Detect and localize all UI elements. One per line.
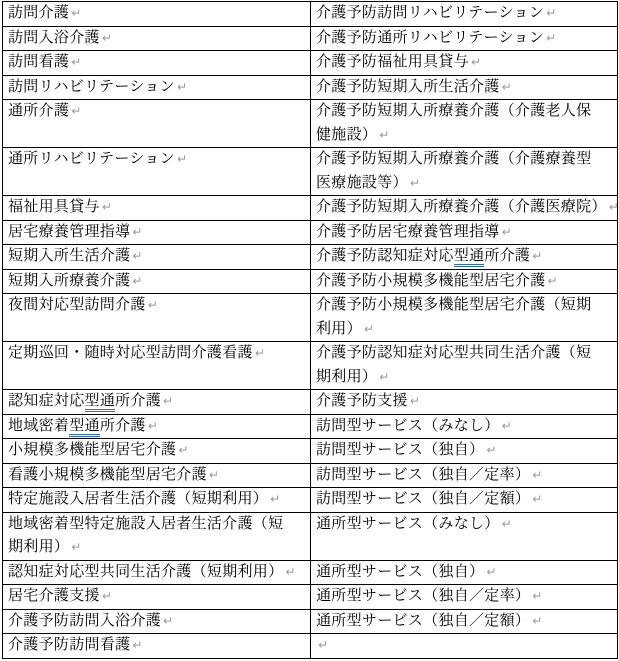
table-cell-right[interactable]: 訪問型サービス（独自）↵	[311, 439, 618, 464]
paragraph-mark-icon: ↵	[253, 342, 255, 366]
table-cell-right[interactable]: 介護予防短期入所療養介護（介護老人保 健施設）↵	[311, 100, 618, 148]
grammar-check-underline: 型通	[454, 248, 485, 267]
paragraph-mark-icon: ↵	[130, 245, 132, 269]
table-cell-left[interactable]: 福祉用具貸与↵	[3, 196, 311, 221]
table-cell-left[interactable]: 認知症対応型共同生活介護（短期利用）↵	[3, 560, 311, 585]
table-cell-left[interactable]: 看護小規模多機能型居宅介護↵	[3, 463, 311, 488]
grammar-check-underline: 型通	[85, 393, 116, 412]
table-row: 短期入所生活介護↵介護予防認知症対応型通所介護↵	[3, 245, 618, 270]
paragraph-mark-icon: ↵	[146, 294, 148, 318]
table-cell-right[interactable]: ↵	[311, 634, 618, 659]
table-cell-left[interactable]: 訪問リハビリテーション↵	[3, 75, 311, 100]
table-cell-left[interactable]: 通所リハビリテーション↵	[3, 148, 311, 196]
table-row: 定期巡回・随時対応型訪問介護看護↵介護予防認知症対応型共同生活介護（短 期利用）…	[3, 342, 618, 390]
paragraph-mark-icon: ↵	[377, 124, 379, 148]
paragraph-mark-icon: ↵	[530, 464, 532, 488]
paragraph-mark-icon: ↵	[161, 390, 163, 414]
paragraph-mark-icon: ↵	[316, 634, 318, 658]
paragraph-mark-icon: ↵	[408, 172, 410, 196]
table-cell-left[interactable]: 地域密着型通所介護↵	[3, 414, 311, 439]
table-cell-right[interactable]: 訪問型サービス（独自／定率）↵	[311, 463, 618, 488]
table-cell-right[interactable]: 通所型サービス（独自）↵	[311, 560, 618, 585]
table-cell-right[interactable]: 介護予防福祉用具貸与↵	[311, 51, 618, 76]
table-row: 介護予防訪問入浴介護↵通所型サービス（独自／定額）↵	[3, 609, 618, 634]
paragraph-mark-icon: ↵	[546, 270, 548, 294]
table-row: 訪問看護↵介護予防福祉用具貸与↵	[3, 51, 618, 76]
table-cell-right[interactable]: 介護予防短期入所療養介護（介護療養型 医療施設等）↵	[311, 148, 618, 196]
table-cell-right[interactable]: 介護予防小規模多機能型居宅介護（短期 利用）↵	[311, 294, 618, 342]
table-row: 訪問介護↵介護予防訪問リハビリテーション↵	[3, 2, 618, 27]
table-row: 地域密着型特定施設入居者生活介護（短 期利用）↵通所型サービス（みなし）↵	[3, 512, 618, 560]
paragraph-mark-icon: ↵	[500, 513, 502, 537]
paragraph-mark-icon: ↵	[100, 585, 102, 609]
paragraph-mark-icon: ↵	[607, 196, 609, 220]
table-cell-right[interactable]: 介護予防居宅療養管理指導↵	[311, 220, 618, 245]
table-row: 通所介護↵介護予防短期入所療養介護（介護老人保 健施設）↵	[3, 100, 618, 148]
table-row: 地域密着型通所介護↵訪問型サービス（みなし）↵	[3, 414, 618, 439]
table-row: 特定施設入居者生活介護（短期利用）↵訪問型サービス（独自／定額）↵	[3, 488, 618, 513]
table-cell-right[interactable]: 訪問型サービス（独自／定額）↵	[311, 488, 618, 513]
table-row: 短期入所療養介護↵介護予防小規模多機能型居宅介護↵	[3, 269, 618, 294]
table-cell-right[interactable]: 介護予防支援↵	[311, 390, 618, 415]
table-row: 小規模多機能型居宅介護↵訪問型サービス（独自）↵	[3, 439, 618, 464]
paragraph-mark-icon: ↵	[484, 561, 486, 585]
paragraph-mark-icon: ↵	[408, 390, 410, 414]
paragraph-mark-icon: ↵	[176, 439, 178, 463]
paragraph-mark-icon: ↵	[161, 610, 163, 634]
paragraph-mark-icon: ↵	[100, 27, 102, 51]
paragraph-mark-icon: ↵	[130, 270, 132, 294]
table-cell-left[interactable]: 居宅介護支援↵	[3, 585, 311, 610]
table-cell-right[interactable]: 通所型サービス（みなし）↵	[311, 512, 618, 560]
table-cell-right[interactable]: 通所型サービス（独自／定率）↵	[311, 585, 618, 610]
paragraph-mark-icon: ↵	[130, 221, 132, 245]
table-row: 夜間対応型訪問介護↵介護予防小規模多機能型居宅介護（短期 利用）↵	[3, 294, 618, 342]
document-page: 訪問介護↵介護予防訪問リハビリテーション↵訪問入浴介護↵介護予防通所リハビリテー…	[0, 0, 619, 661]
table-cell-left[interactable]: 認知症対応型通所介護↵	[3, 390, 311, 415]
table-cell-left[interactable]: 介護予防訪問看護↵	[3, 634, 311, 659]
table-cell-right[interactable]: 介護予防訪問リハビリテーション↵	[311, 2, 618, 27]
table-row: 通所リハビリテーション↵介護予防短期入所療養介護（介護療養型 医療施設等）↵	[3, 148, 618, 196]
paragraph-mark-icon: ↵	[175, 148, 177, 172]
table-cell-right[interactable]: 介護予防通所リハビリテーション↵	[311, 26, 618, 51]
paragraph-mark-icon: ↵	[283, 561, 285, 585]
table-cell-right[interactable]: 介護予防短期入所生活介護↵	[311, 75, 618, 100]
paragraph-mark-icon: ↵	[362, 318, 364, 342]
table-row: 介護予防訪問看護↵↵	[3, 634, 618, 659]
table-cell-left[interactable]: 定期巡回・随時対応型訪問介護看護↵	[3, 342, 311, 390]
paragraph-mark-icon: ↵	[69, 51, 71, 75]
paragraph-mark-icon: ↵	[500, 221, 502, 245]
table-cell-left[interactable]: 訪問看護↵	[3, 51, 311, 76]
care-service-table-body: 訪問介護↵介護予防訪問リハビリテーション↵訪問入浴介護↵介護予防通所リハビリテー…	[3, 2, 618, 659]
table-cell-left[interactable]: 夜間対応型訪問介護↵	[3, 294, 311, 342]
table-cell-left[interactable]: 地域密着型特定施設入居者生活介護（短 期利用）↵	[3, 512, 311, 560]
paragraph-mark-icon: ↵	[484, 439, 486, 463]
table-cell-left[interactable]: 短期入所療養介護↵	[3, 269, 311, 294]
paragraph-mark-icon: ↵	[530, 610, 532, 634]
paragraph-mark-icon: ↵	[268, 488, 270, 512]
table-row: 認知症対応型共同生活介護（短期利用）↵通所型サービス（独自）↵	[3, 560, 618, 585]
table-row: 訪問入浴介護↵介護予防通所リハビリテーション↵	[3, 26, 618, 51]
table-row: 居宅介護支援↵通所型サービス（独自／定率）↵	[3, 585, 618, 610]
table-cell-right[interactable]: 訪問型サービス（みなし）↵	[311, 414, 618, 439]
paragraph-mark-icon: ↵	[69, 536, 71, 560]
table-cell-right[interactable]: 通所型サービス（独自／定額）↵	[311, 609, 618, 634]
care-service-table: 訪問介護↵介護予防訪問リハビリテーション↵訪問入浴介護↵介護予防通所リハビリテー…	[2, 1, 618, 659]
table-row: 認知症対応型通所介護↵介護予防支援↵	[3, 390, 618, 415]
paragraph-mark-icon: ↵	[146, 415, 148, 439]
table-cell-left[interactable]: 小規模多機能型居宅介護↵	[3, 439, 311, 464]
table-cell-left[interactable]: 通所介護↵	[3, 100, 311, 148]
table-cell-left[interactable]: 特定施設入居者生活介護（短期利用）↵	[3, 488, 311, 513]
table-cell-left[interactable]: 居宅療養管理指導↵	[3, 220, 311, 245]
paragraph-mark-icon: ↵	[530, 245, 532, 269]
paragraph-mark-icon: ↵	[207, 464, 209, 488]
paragraph-mark-icon: ↵	[469, 51, 471, 75]
paragraph-mark-icon: ↵	[69, 2, 71, 26]
table-row: 看護小規模多機能型居宅介護↵訪問型サービス（独自／定率）↵	[3, 463, 618, 488]
table-cell-left[interactable]: 訪問入浴介護↵	[3, 26, 311, 51]
paragraph-mark-icon: ↵	[544, 2, 546, 26]
table-cell-left[interactable]: 介護予防訪問入浴介護↵	[3, 609, 311, 634]
paragraph-mark-icon: ↵	[100, 196, 102, 220]
grammar-check-underline: 型通	[69, 418, 100, 437]
table-cell-right[interactable]: 介護予防小規模多機能型居宅介護↵	[311, 269, 618, 294]
table-cell-left[interactable]: 短期入所生活介護↵	[3, 245, 311, 270]
table-cell-left[interactable]: 訪問介護↵	[3, 2, 311, 27]
table-cell-right[interactable]: 介護予防短期入所療養介護（介護医療院）↵	[311, 196, 618, 221]
paragraph-mark-icon: ↵	[530, 585, 532, 609]
paragraph-mark-icon: ↵	[69, 100, 71, 124]
table-cell-right[interactable]: 介護予防認知症対応型通所介護↵	[311, 245, 618, 270]
table-row: 福祉用具貸与↵介護予防短期入所療養介護（介護医療院）↵	[3, 196, 618, 221]
paragraph-mark-icon: ↵	[500, 76, 502, 100]
paragraph-mark-icon: ↵	[130, 634, 132, 658]
paragraph-mark-icon: ↵	[500, 415, 502, 439]
table-row: 居宅療養管理指導↵介護予防居宅療養管理指導↵	[3, 220, 618, 245]
paragraph-mark-icon: ↵	[544, 27, 546, 51]
table-cell-right[interactable]: 介護予防認知症対応型共同生活介護（短 期利用）↵	[311, 342, 618, 390]
paragraph-mark-icon: ↵	[530, 488, 532, 512]
paragraph-mark-icon: ↵	[175, 76, 177, 100]
paragraph-mark-icon: ↵	[377, 366, 379, 390]
table-row: 訪問リハビリテーション↵介護予防短期入所生活介護↵	[3, 75, 618, 100]
